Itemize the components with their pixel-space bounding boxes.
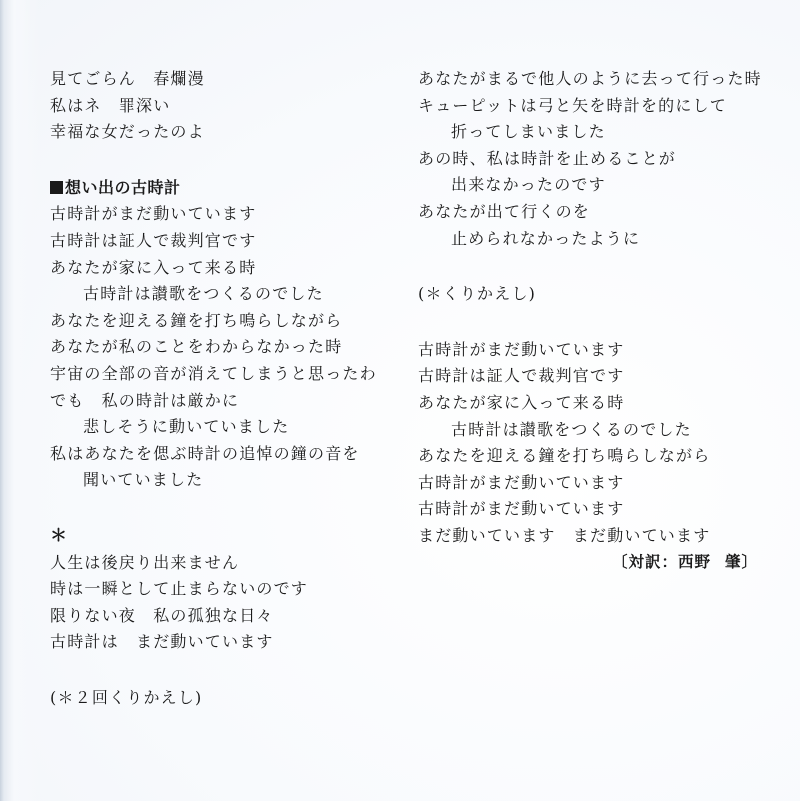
lyric-line: 私はあなたを偲ぶ時計の追悼の鐘の音を: [50, 441, 390, 468]
lyric-line: あの時、私は時計を止めることが: [418, 146, 778, 173]
blank-line: [50, 146, 390, 175]
lyric-line: あなたが家に入って来る時: [50, 255, 390, 282]
lyric-line: 折ってしまいました: [418, 119, 778, 146]
right-column: あなたがまるで他人のように去って行った時 キューピットは弓と矢を時計を的にして …: [418, 66, 778, 550]
lyric-line: でも 私の時計は厳かに: [50, 388, 390, 415]
lyric-line: 出来なかったのです: [418, 172, 778, 199]
credit-name-tail: 肇: [725, 553, 742, 571]
lyric-line: あなたが私のことをわからなかった時: [50, 334, 390, 361]
section-title: 想い出の古時計: [50, 175, 390, 202]
lyric-line: 幸福な女だったのよ: [50, 119, 390, 146]
blank-line: [50, 656, 390, 685]
blank-line: [50, 494, 390, 523]
lyric-line: 時は一瞬として止まらないのです: [50, 576, 390, 603]
lyric-line: 古時計は証人で裁判官です: [50, 228, 390, 255]
lyric-line: あなたが出て行くのを: [418, 199, 778, 226]
credit-open-bracket: 〔: [612, 553, 629, 571]
lyric-line: 聞いていました: [50, 467, 390, 494]
lyric-line: 悲しそうに動いていました: [50, 414, 390, 441]
lyric-line: あなたが家に入って来る時: [418, 390, 778, 417]
lyric-line: 古時計は讃歌をつくるのでした: [418, 417, 778, 444]
lyric-line: 限りない夜 私の孤独な日々: [50, 603, 390, 630]
lyric-line: あなたを迎える鐘を打ち鳴らしながら: [50, 308, 390, 335]
lyric-line: 古時計がまだ動いています: [418, 496, 778, 523]
lyric-line: 古時計がまだ動いています: [50, 201, 390, 228]
blank-line: [418, 308, 778, 337]
lyric-line: 古時計は証人で裁判官です: [418, 363, 778, 390]
lyric-line: 古時計は まだ動いています: [50, 629, 390, 656]
lyric-line: 見てごらん 春爛漫: [50, 66, 390, 93]
credit-label: 対訳：西野: [629, 553, 712, 571]
translator-credit: 〔対訳：西野肇〕: [612, 549, 758, 575]
repeat-note: (＊２回くりかえし): [50, 685, 390, 712]
lyric-line: 古時計は讃歌をつくるのでした: [50, 281, 390, 308]
section-title-text: 想い出の古時計: [65, 178, 181, 197]
lyric-line: 宇宙の全部の音が消えてしまうと思ったわ: [50, 361, 390, 388]
lyric-line: まだ動いています まだ動いています: [418, 523, 778, 550]
lyric-line: キューピットは弓と矢を時計を的にして: [418, 93, 778, 120]
blank-line: [418, 252, 778, 281]
left-column: 見てごらん 春爛漫 私はネ 罪深い 幸福な女だったのよ 想い出の古時計 古時計が…: [50, 66, 390, 711]
lyric-line: 人生は後戻り出来ません: [50, 550, 390, 577]
black-square-icon: [50, 181, 63, 194]
lyric-line: 古時計がまだ動いています: [418, 337, 778, 364]
lyric-line: 私はネ 罪深い: [50, 93, 390, 120]
repeat-note: (＊くりかえし): [418, 281, 778, 308]
lyric-line: 止められなかったように: [418, 226, 778, 253]
lyric-line: あなたがまるで他人のように去って行った時: [418, 66, 778, 93]
lyric-line: あなたを迎える鐘を打ち鳴らしながら: [418, 443, 778, 470]
chorus-marker: ＊: [50, 523, 390, 550]
credit-close-bracket: 〕: [742, 553, 759, 571]
lyric-line: 古時計がまだ動いています: [418, 470, 778, 497]
